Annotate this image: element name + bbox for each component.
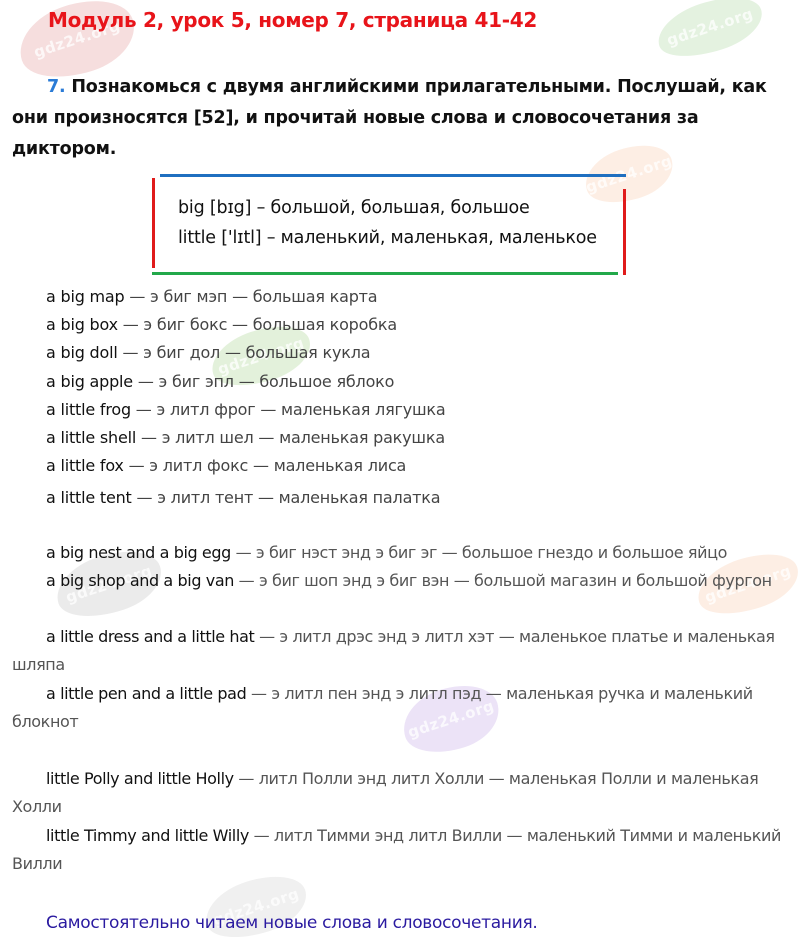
box-top-border (160, 174, 626, 177)
phrase-item: little Timmy and little Willy — литл Тим… (12, 822, 792, 878)
list-item: a big doll — э биг дол — большая кукла (46, 343, 370, 362)
list-item: a big apple — э биг эпл — большое яблоко (46, 372, 394, 391)
list-item: a little shell — э литл шел — маленькая … (46, 428, 445, 447)
list-item: a big box — э биг бокс — большая коробка (46, 315, 397, 334)
box-bottom-border (152, 272, 618, 275)
page-content: Модуль 2, урок 5, номер 7, страница 41-4… (0, 0, 800, 950)
phrase-item: a little dress and a little hat — э литл… (12, 623, 792, 679)
phrase-item: a big shop and a big van — э биг шоп энд… (12, 567, 792, 595)
page-title: Модуль 2, урок 5, номер 7, страница 41-4… (48, 8, 537, 32)
vocab-big: big [bɪg] – большой, большая, большое (178, 198, 530, 218)
list-item: a little fox — э литл фокс — маленькая л… (46, 456, 406, 475)
phrase-item: little Polly and little Holly — литл Пол… (12, 765, 792, 821)
list-item: a little tent — э литл тент — маленькая … (46, 488, 440, 507)
task-text: Познакомься с двумя английскими прилагат… (12, 77, 767, 159)
box-left-border (152, 178, 155, 268)
list-item: a little frog — э литл фрог — маленькая … (46, 400, 445, 419)
vocab-little: little ['lɪtl] – маленький, маленькая, м… (178, 228, 597, 248)
phrase-item: a big nest and a big egg — э биг нэст эн… (12, 539, 792, 567)
vocabulary-box: big [bɪg] – большой, большая, большое li… (152, 172, 626, 274)
footer-note: Самостоятельно читаем новые слова и слов… (46, 913, 537, 933)
phrase-item: a little pen and a little pad — э литл п… (12, 680, 792, 736)
task-number: 7. (47, 77, 65, 97)
task-instruction: 7. Познакомься с двумя английскими прила… (12, 72, 782, 165)
list-item: a big map — э биг мэп — большая карта (46, 287, 377, 306)
box-right-border (623, 189, 626, 275)
